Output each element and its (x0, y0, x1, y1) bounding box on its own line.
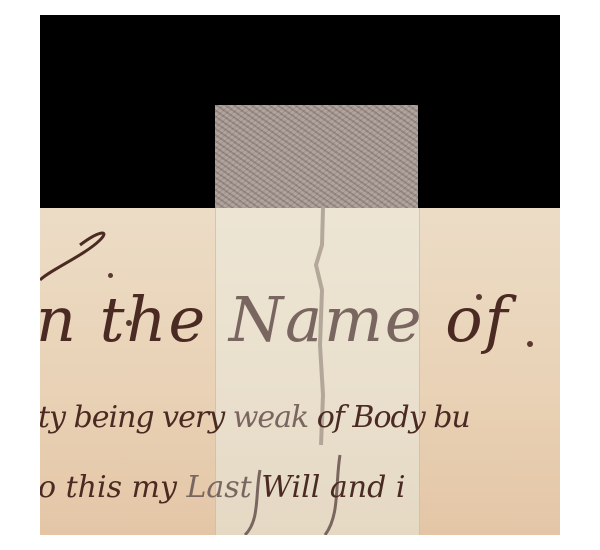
line-3-seg-3: Will and (252, 470, 396, 505)
manuscript-line-3: o this my Last Will and i (40, 470, 405, 505)
manuscript-line-2: ty being very weak of Body bu (40, 400, 470, 435)
line-2-seg-2: weak (233, 400, 309, 435)
gray-textured-patch (215, 105, 418, 209)
line-3-seg-2: Last (186, 470, 251, 505)
manuscript-photo: n the Name of ty being very weak of Body… (40, 15, 560, 535)
line-1-seg-2: Name (229, 283, 424, 356)
line-2-seg-1: ty being very (40, 400, 233, 435)
line-2-seg-3: of Body (308, 400, 425, 435)
line-2-seg-4: bu (425, 400, 470, 435)
manuscript-line-1: n the Name of (40, 283, 510, 356)
ink-spot (108, 273, 113, 278)
line-1-seg-3: of (424, 283, 510, 356)
line-1-seg-1: n the (40, 283, 229, 356)
line-3-seg-4: i (396, 470, 406, 505)
ink-spot (527, 341, 533, 347)
line-3-seg-1: o this my (40, 470, 186, 505)
